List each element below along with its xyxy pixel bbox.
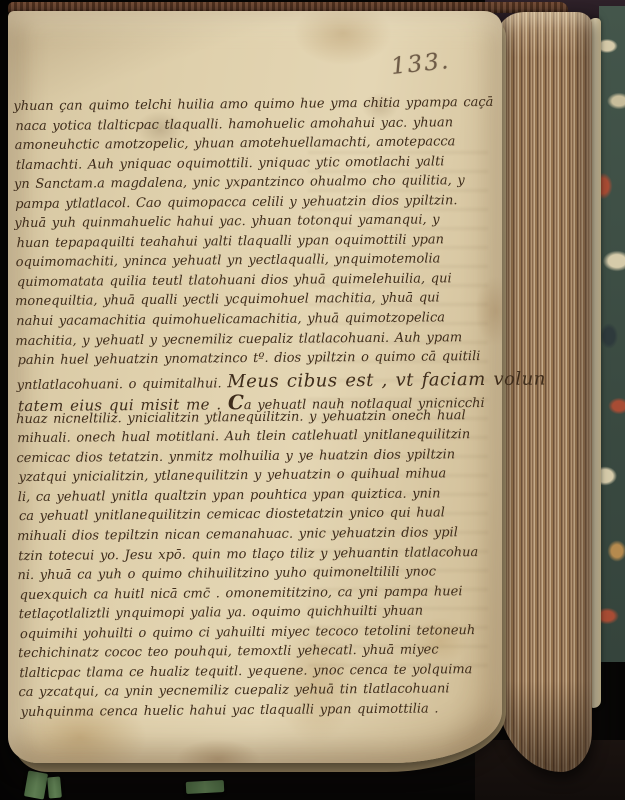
page-fore-edge [497,12,592,772]
text-block: yhuan çan quimo telchi huilia amo quimo … [13,95,500,725]
manuscript-line: yuhquinma cenca huelic hahui yac tlaqual… [19,701,501,725]
bookmark-ribbon [47,776,62,798]
bookmark-ribbon [24,770,48,799]
manuscript-photo: 133. yhuan çan quimo telchi huilia amo q… [0,0,625,800]
marbled-endpaper [599,6,625,662]
bookmark-ribbon [186,780,225,794]
manuscript-page: 133. yhuan çan quimo telchi huilia amo q… [8,11,502,763]
folio-number: 133. [390,48,452,80]
